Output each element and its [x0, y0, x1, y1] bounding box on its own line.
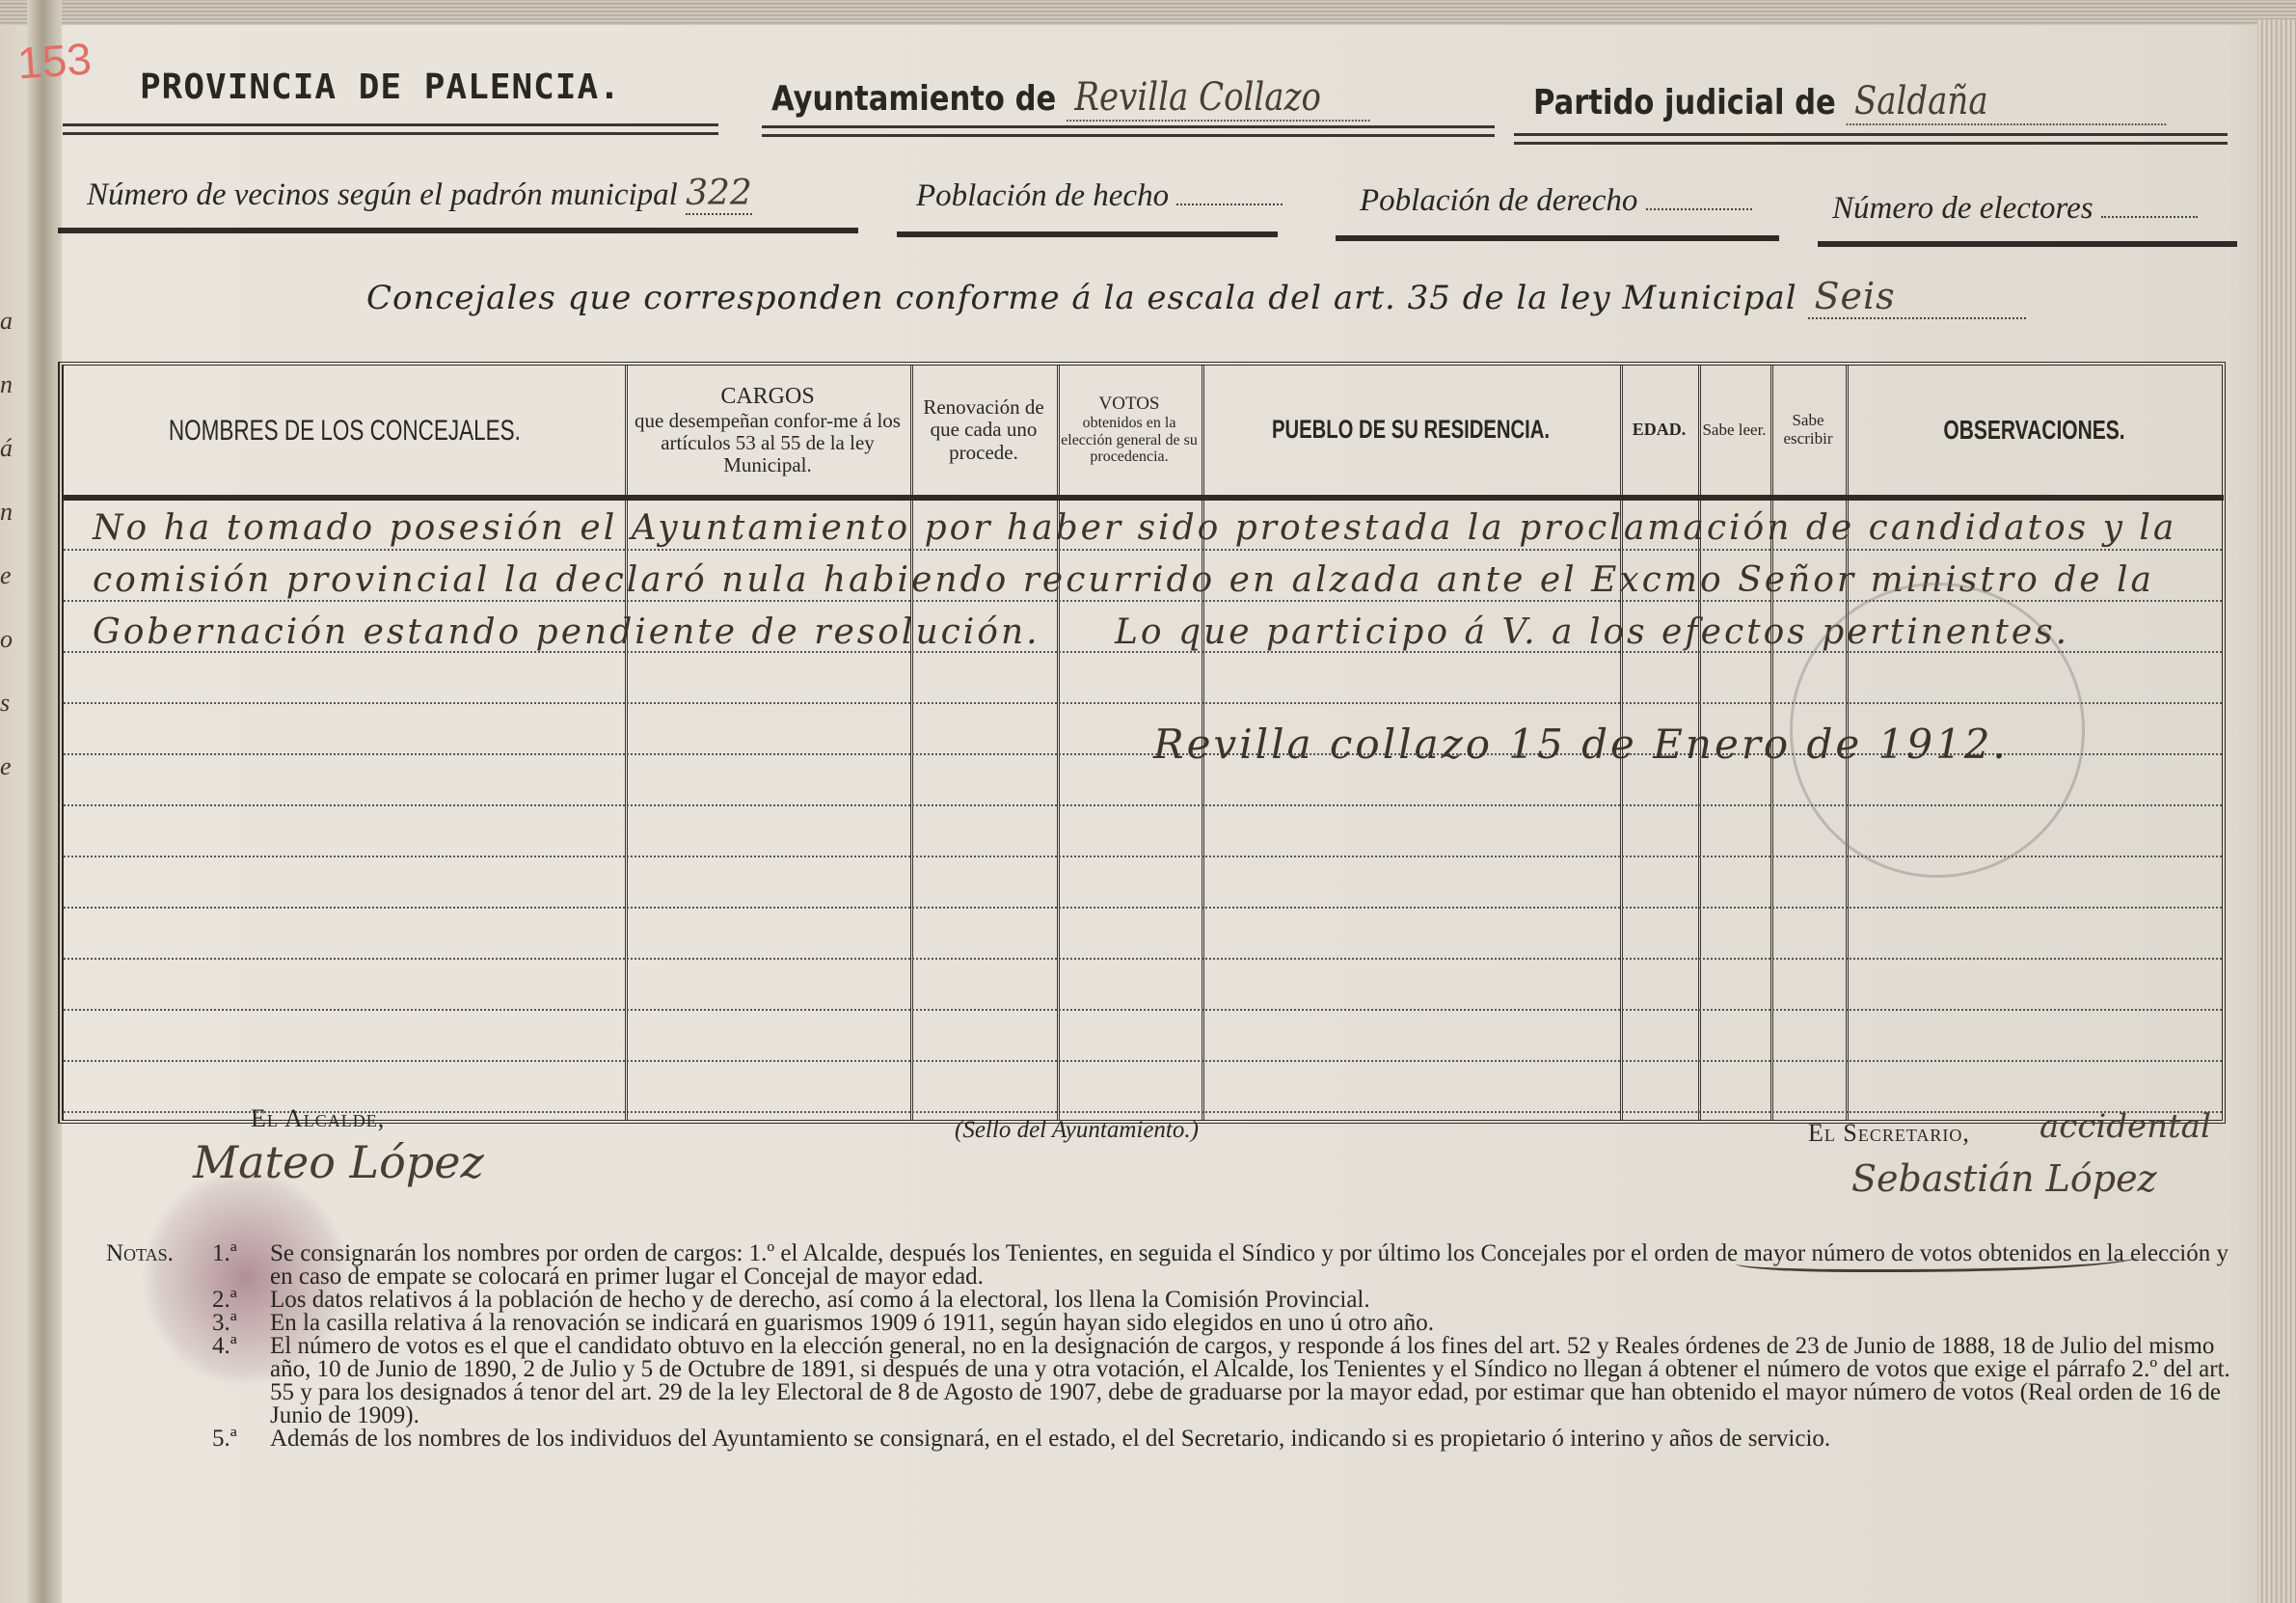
handwritten-line-3: Gobernación estando pendiente de resoluc… — [93, 612, 1040, 652]
header-label: Sabe escribir — [1770, 412, 1846, 448]
page-edges-top — [0, 0, 2296, 25]
note-item: 4.ªEl número de votos es el que el candi… — [77, 1335, 2237, 1427]
table-row — [64, 1060, 2222, 1062]
secretario-label: El Secretario, — [1808, 1119, 1970, 1148]
divider — [1818, 241, 2237, 247]
folio-number: 153 — [15, 32, 93, 89]
alcalde-label: El Alcalde, — [251, 1104, 385, 1133]
poblacion-derecho-value — [1646, 208, 1752, 210]
note-number: 1.ª — [212, 1242, 237, 1265]
note-text: Además de los nombres de los individuos … — [270, 1426, 1830, 1452]
facing-page-fragment: anáneose — [0, 289, 25, 799]
secretario-note: accidental — [2039, 1107, 2211, 1146]
column-header-edad: EDAD. — [1620, 366, 1698, 501]
column-header-leer: Sabe leer. — [1698, 366, 1770, 501]
province-title: PROVINCIA DE PALENCIA. — [140, 68, 621, 107]
header-label: obtenidos en la elección general de su p… — [1057, 415, 1202, 466]
header-label: EDAD. — [1633, 421, 1687, 440]
note-item: 1.ªSe consignarán los nombres por orden … — [77, 1242, 2237, 1289]
councillors-table: NOMBRES DE LOS CONCEJALES. CARGOS que de… — [58, 362, 2226, 1124]
book-page: anáneose 153 PROVINCIA DE PALENCIA. Ayun… — [0, 0, 2296, 1603]
note-text: Los datos relativos á la población de he… — [270, 1287, 1370, 1313]
poblacion-hecho-value — [1176, 204, 1283, 205]
note-item: 2.ªLos datos relativos á la población de… — [77, 1289, 2237, 1312]
concejales-value: Seis — [1808, 275, 2026, 319]
header-title: CARGOS — [720, 384, 814, 409]
note-text: Se consignarán los nombres por orden de … — [270, 1240, 2228, 1290]
column-header-cargos: CARGOS que desempeñan confor-me á los ar… — [625, 366, 910, 501]
secretario-signature: Sebastián López — [1851, 1157, 2157, 1200]
note-text: El número de votos es el que el candidat… — [270, 1333, 2230, 1428]
partido-field: Partido judicial de Saldaña — [1533, 79, 2166, 125]
poblacion-hecho-field: Población de hecho — [916, 178, 1283, 214]
electores-field: Número de electores — [1832, 191, 2198, 227]
table-row — [64, 907, 2222, 909]
divider — [63, 123, 718, 126]
divider — [1336, 235, 1779, 241]
handwritten-line-1: No ha tomado posesión el Ayuntamiento po… — [93, 508, 2176, 548]
poblacion-derecho-field: Población de derecho — [1360, 183, 1752, 219]
partido-value: Saldaña — [1846, 79, 2166, 125]
partido-label: Partido judicial de — [1533, 83, 1836, 122]
notes-section: Notas. 1.ªSe consignarán los nombres por… — [77, 1242, 2237, 1451]
column-header-escribir: Sabe escribir — [1770, 366, 1846, 501]
page-edges-right — [2257, 19, 2296, 1603]
note-item: 3.ªEn la casilla relativa á la renovació… — [77, 1312, 2237, 1335]
header-label: OBSERVACIONES. — [1944, 416, 2125, 446]
poblacion-hecho-label: Población de hecho — [916, 178, 1169, 213]
header-label: NOMBRES DE LOS CONCEJALES. — [168, 415, 520, 447]
column-header-pueblo: PUEBLO DE SU RESIDENCIA. — [1202, 366, 1620, 501]
concejales-field: Concejales que corresponden conforme á l… — [366, 275, 2026, 319]
note-number: 3.ª — [212, 1312, 237, 1335]
vecinos-value: 322 — [686, 174, 752, 215]
ayuntamiento-label: Ayuntamiento de — [771, 79, 1056, 119]
vecinos-field: Número de vecinos según el padrón munici… — [87, 174, 752, 215]
ayuntamiento-value: Revilla Collazo — [1067, 75, 1370, 122]
note-item: 5.ªAdemás de los nombres de los individu… — [77, 1427, 2237, 1451]
electores-label: Número de electores — [1832, 191, 2093, 226]
column-header-votos: VOTOS obtenidos en la elección general d… — [1057, 366, 1202, 501]
column-header-nombres: NOMBRES DE LOS CONCEJALES. — [64, 366, 625, 501]
header-label: Sabe leer. — [1702, 421, 1766, 440]
column-header-renovacion: Renovación de que cada uno procede. — [910, 366, 1057, 501]
note-number: 4.ª — [212, 1335, 237, 1358]
column-header-observaciones: OBSERVACIONES. — [1846, 366, 2224, 501]
header-label: que desempeñan confor-me á los artículos… — [625, 410, 910, 476]
header-label: PUEBLO DE SU RESIDENCIA. — [1272, 416, 1550, 445]
ayuntamiento-field: Ayuntamiento de Revilla Collazo — [771, 75, 1369, 122]
book-spine — [27, 0, 62, 1603]
note-number: 2.ª — [212, 1289, 237, 1312]
note-number: 5.ª — [212, 1427, 237, 1451]
divider — [762, 125, 1495, 128]
government-seal-stamp — [1790, 583, 2085, 878]
electores-value — [2101, 216, 2198, 218]
municipal-council-form: 153 PROVINCIA DE PALENCIA. Ayuntamiento … — [58, 29, 2237, 1591]
handwritten-line-2: comisión provincial la declaró nula habi… — [93, 560, 2154, 600]
concejales-label: Concejales que corresponden conforme á l… — [366, 279, 1797, 317]
note-text: En la casilla relativa á la renovación s… — [270, 1310, 1434, 1336]
table-row — [64, 1009, 2222, 1011]
vecinos-label: Número de vecinos según el padrón munici… — [87, 177, 678, 212]
divider — [897, 231, 1278, 237]
table-row — [64, 1111, 2222, 1113]
divider — [58, 228, 858, 233]
divider — [1514, 133, 2228, 136]
sello-label: (Sello del Ayuntamiento.) — [955, 1117, 1199, 1144]
table-row — [64, 549, 2222, 551]
header-title: VOTOS — [1099, 394, 1160, 415]
header-label: Renovación de que cada uno procede. — [910, 396, 1057, 463]
table-row — [64, 958, 2222, 960]
poblacion-derecho-label: Población de derecho — [1360, 183, 1637, 218]
